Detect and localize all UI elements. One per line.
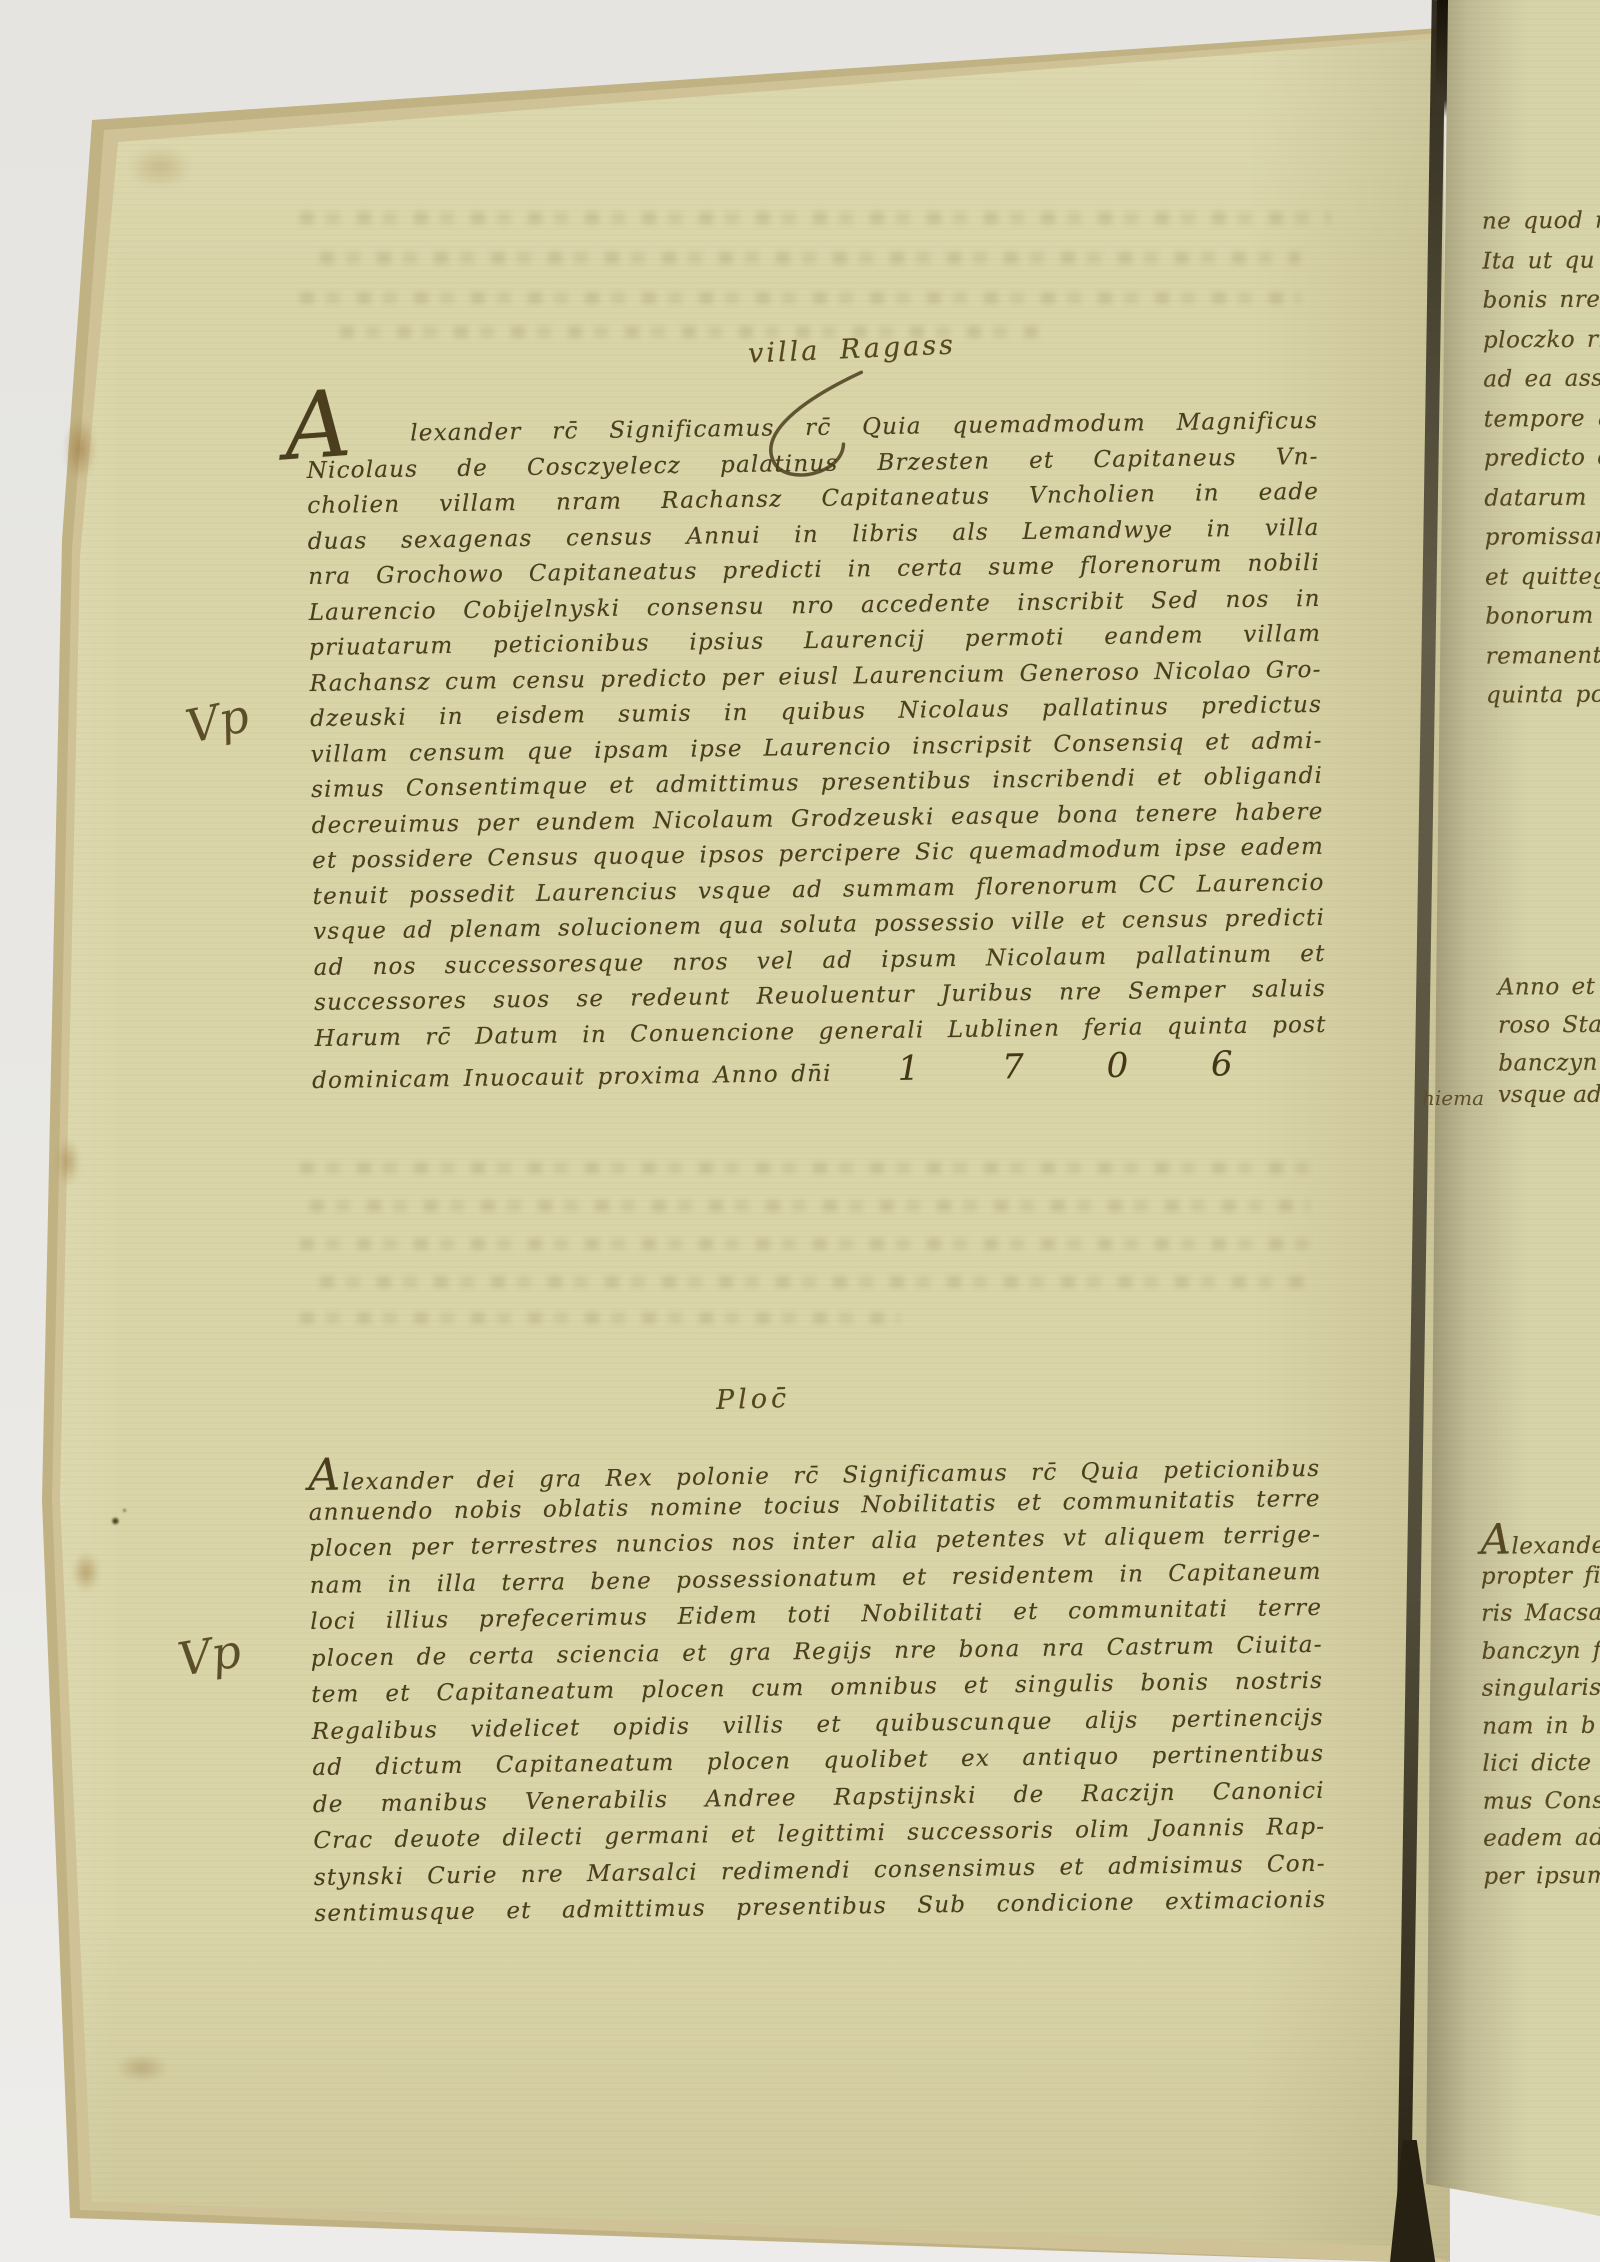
manuscript-line: mus Consen [1483, 1782, 1600, 1821]
manuscript-line: ad ea assi [1483, 359, 1600, 400]
paper-stain [56, 1138, 80, 1186]
manuscript-line: banczyn qu [1498, 1043, 1600, 1082]
ink-bleedthrough [300, 212, 1330, 224]
manuscript-line: propter fidel [1481, 1557, 1600, 1596]
right-page-margin-word: hiema [1422, 1086, 1484, 1110]
manuscript-line: ploczko ri [1483, 320, 1600, 361]
section-heading-ploc: Ploc̄ [716, 1383, 791, 1416]
ink-bleedthrough [320, 1276, 1310, 1288]
manuscript-line: eadem adno [1483, 1819, 1600, 1858]
manuscript-line: bonis nre [1482, 280, 1600, 321]
dateline-text: dominicam Inuocauit proxima Anno dn̄i [312, 1061, 832, 1094]
manuscript-line: predicto ob [1484, 438, 1600, 479]
manuscript-line: ris Macsalij [1481, 1594, 1600, 1633]
right-page-text-fragment-1: ne quod nIta ut qubonis nreploczko riad … [1482, 201, 1600, 716]
manuscript-line: ne quod n [1482, 201, 1600, 242]
manuscript-line: Alexander [1480, 1519, 1600, 1558]
manuscript-line: nam in b [1482, 1707, 1600, 1746]
manuscript-line: roso Stanisl [1498, 1005, 1600, 1044]
manuscript-line: Anno et [1498, 967, 1600, 1006]
ink-bleedthrough [300, 1312, 900, 1324]
photo-background: villa Ragass A lexander rc̄ Significamus… [0, 0, 1600, 2262]
manuscript-line: promissaru [1485, 517, 1600, 558]
manuscript-line: et quittegz [1485, 557, 1600, 598]
margin-ink-blot: ∙˙ [108, 1506, 134, 1534]
ink-bleedthrough [310, 1200, 1310, 1212]
paper-stain [116, 2054, 168, 2082]
paper-stain [72, 1552, 100, 1592]
manuscript-line: Ita ut qu [1482, 241, 1600, 282]
paper-stain [128, 146, 192, 188]
manuscript-line: singularis fa [1482, 1669, 1600, 1708]
manuscript-line: banczyn fid [1481, 1632, 1600, 1671]
paper-stain [64, 418, 96, 480]
manuscript-line: tempore q [1483, 399, 1600, 440]
manuscript-line: lici dicte N [1482, 1744, 1600, 1783]
manuscript-line: bonorum [1485, 596, 1600, 637]
manuscript-line: datarum [1484, 478, 1600, 519]
margin-mark-vp-2: Vp [174, 1623, 244, 1686]
ink-bleedthrough [300, 292, 1300, 304]
struck-line-prefix: vsque ad [1498, 1082, 1600, 1108]
manuscript-line: remanentib [1486, 636, 1600, 677]
manuscript-line: per ipsum Sta [1483, 1857, 1600, 1896]
ink-bleedthrough [300, 1162, 1320, 1174]
ink-bleedthrough [300, 1238, 1310, 1250]
paragraph-census-rachansz: lexander rc̄ Significamus rc̄ Quia quema… [306, 404, 1327, 1057]
manuscript-line: quinta pos [1486, 675, 1600, 716]
right-page-text-fragment-2: Anno etroso Stanislbanczyn qu [1498, 967, 1600, 1082]
right-page-text-fragment-3: Alexanderpropter fidelris Macsalijbanczy… [1480, 1519, 1600, 1896]
right-page-struck-line: vsque ad——— [1498, 1082, 1600, 1108]
ink-bleedthrough [320, 252, 1300, 264]
paragraph-capitaneatus-plocensis: Alexander dei gra Rex polonie rc̄ Signif… [308, 1444, 1327, 1933]
year-date-digits: 1 7 0 6 [897, 1044, 1266, 1089]
